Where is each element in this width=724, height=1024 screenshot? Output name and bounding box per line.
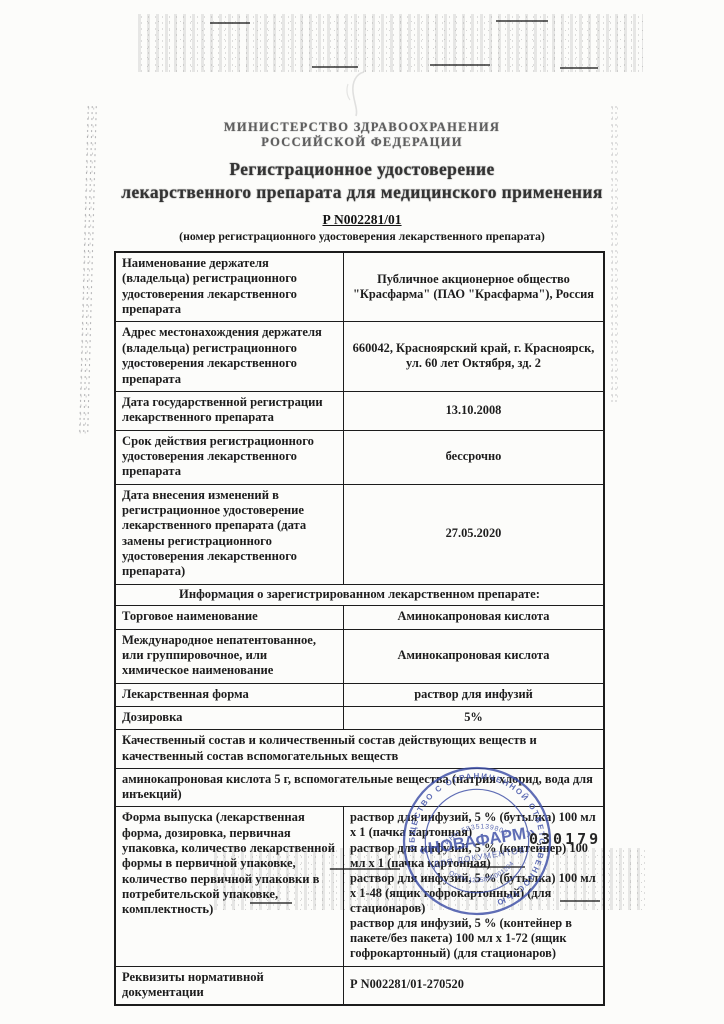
row-value: Аминокапроновая кислота (344, 606, 603, 628)
scan-dash (430, 64, 490, 66)
document-title-line1: Регистрационное удостоверение (0, 158, 724, 181)
table-row: Дозировка 5% (116, 706, 603, 729)
row-label: Наименование держателя (владельца) регис… (116, 253, 344, 321)
row-value: Аминокапроновая кислота (344, 630, 603, 683)
section-header: Информация о зарегистрированном лекарств… (116, 585, 603, 605)
faint-emblem (336, 66, 376, 122)
table-row: Торговое наименование Аминокапроновая ки… (116, 605, 603, 628)
scan-dash (210, 22, 250, 24)
row-label: Реквизиты нормативной документации (116, 967, 344, 1005)
table-row: Срок действия регистрационного удостовер… (116, 430, 603, 484)
table-row: Адрес местонахождения держателя (владель… (116, 321, 603, 390)
row-label: Срок действия регистрационного удостовер… (116, 431, 344, 484)
row-label: Дозировка (116, 707, 344, 729)
row-value: 27.05.2020 (344, 485, 603, 584)
serial-number: 030179 (529, 830, 601, 848)
row-label: Международное непатентованное, или групп… (116, 630, 344, 683)
row-value: раствор для инфузий (344, 684, 603, 706)
table-section-row: Информация о зарегистрированном лекарств… (116, 584, 603, 605)
row-label: Лекарственная форма (116, 684, 344, 706)
document-title-line2: лекарственного препарата для медицинског… (0, 181, 724, 204)
registration-number: Р N002281/01 (0, 212, 724, 228)
row-value: Публичное акционерное общество "Красфарм… (344, 253, 603, 321)
row-value: бессрочно (344, 431, 603, 484)
row-label: Адрес местонахождения держателя (владель… (116, 322, 344, 390)
scan-dash (560, 67, 598, 69)
registration-number-caption: (номер регистрационного удостоверения ле… (0, 229, 724, 244)
scanned-certificate-page: МИНИСТЕРСТВО ЗДРАВООХРАНЕНИЯ РОССИЙСКОЙ … (0, 0, 724, 1024)
row-label: Торговое наименование (116, 606, 344, 628)
table-row: Международное непатентованное, или групп… (116, 629, 603, 683)
row-label: Форма выпуска (лекарственная форма, дози… (116, 807, 344, 965)
scan-dash (496, 20, 548, 22)
table-row: Лекарственная форма раствор для инфузий (116, 683, 603, 706)
table-row: Дата государственной регистрации лекарст… (116, 391, 603, 430)
table-row: Дата внесения изменений в регистрационно… (116, 484, 603, 584)
table-row: Реквизиты нормативной документации Р N00… (116, 966, 603, 1005)
scan-noise-left-margin (78, 104, 98, 434)
row-value: 5% (344, 707, 603, 729)
table-row: Наименование держателя (владельца) регис… (116, 253, 603, 321)
ministry-line1: МИНИСТЕРСТВО ЗДРАВООХРАНЕНИЯ (0, 120, 724, 135)
row-label: Дата государственной регистрации лекарст… (116, 392, 344, 430)
row-value: 660042, Красноярский край, г. Красноярск… (344, 322, 603, 390)
row-value: Р N002281/01-270520 (344, 967, 603, 1005)
ministry-header: МИНИСТЕРСТВО ЗДРАВООХРАНЕНИЯ РОССИЙСКОЙ … (0, 120, 724, 150)
row-label: Дата внесения изменений в регистрационно… (116, 485, 344, 584)
document-title: Регистрационное удостоверение лекарствен… (0, 158, 724, 204)
row-value: 13.10.2008 (344, 392, 603, 430)
ministry-line2: РОССИЙСКОЙ ФЕДЕРАЦИИ (0, 135, 724, 150)
